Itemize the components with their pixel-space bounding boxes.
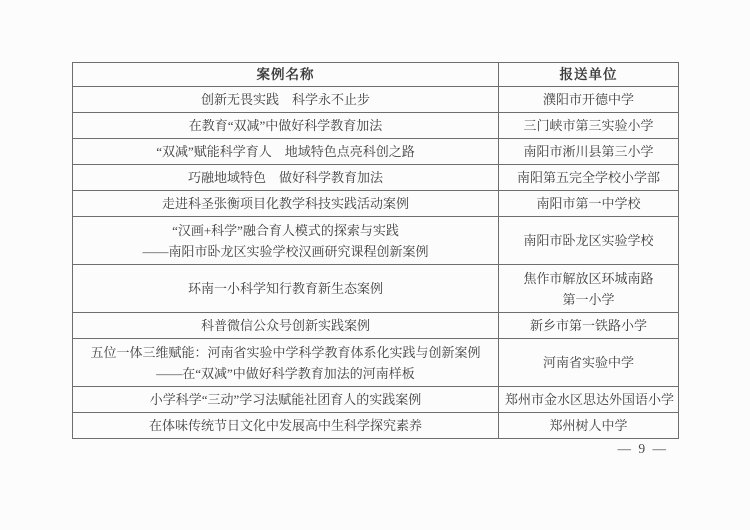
header-case-name: 案例名称 (73, 63, 499, 87)
table-row: 走进科圣张衡项目化教学科技实践活动案例南阳市第一中学校 (73, 191, 679, 217)
cell-line: 南阳市淅川县第三小学 (505, 141, 672, 162)
cell-line: 在教育“双减”中做好科学教育加法 (79, 115, 492, 136)
cell-line: 河南省实验中学 (505, 352, 672, 373)
table-row: 环南一小科学知行教育新生态案例焦作市解放区环城南路第一小学 (73, 265, 679, 313)
case-name-cell: 科普微信公众号创新实践案例 (73, 313, 499, 339)
case-name-cell: 巧融地域特色 做好科学教育加法 (73, 165, 499, 191)
case-name-cell: 在体味传统节日文化中发展高中生科学探究素养 (73, 413, 499, 439)
table-row: 在体味传统节日文化中发展高中生科学探究素养郑州树人中学 (73, 413, 679, 439)
report-unit-cell: 河南省实验中学 (499, 339, 679, 387)
report-unit-cell: 濮阳市开德中学 (499, 87, 679, 113)
cell-line: 郑州树人中学 (505, 415, 672, 436)
page-number: — 9 — (618, 441, 669, 457)
cell-line: 焦作市解放区环城南路 (505, 268, 672, 289)
cell-line: 在体味传统节日文化中发展高中生科学探究素养 (79, 415, 492, 436)
case-name-cell: “双减”赋能科学育人 地域特色点亮科创之路 (73, 139, 499, 165)
cell-line: 濮阳市开德中学 (505, 89, 672, 110)
cell-line: 小学科学“三动”学习法赋能社团育人的实践案例 (79, 389, 492, 410)
cell-line: 郑州市金水区思达外国语小学 (505, 389, 672, 410)
cell-line: ——南阳市卧龙区实验学校汉画研究课程创新案例 (79, 241, 492, 262)
report-unit-cell: 焦作市解放区环城南路第一小学 (499, 265, 679, 313)
cell-line: 三门峡市第三实验小学 (505, 115, 672, 136)
cell-line: 环南一小科学知行教育新生态案例 (79, 278, 492, 299)
table-row: “双减”赋能科学育人 地域特色点亮科创之路南阳市淅川县第三小学 (73, 139, 679, 165)
cell-line: 五位一体三维赋能：河南省实验中学科学教育体系化实践与创新案例 (79, 342, 492, 363)
cell-line: 南阳第五完全学校小学部 (505, 167, 672, 188)
cell-line: 科普微信公众号创新实践案例 (79, 315, 492, 336)
report-unit-cell: 南阳市卧龙区实验学校 (499, 217, 679, 265)
report-unit-cell: 郑州市金水区思达外国语小学 (499, 387, 679, 413)
table-body: 创新无畏实践 科学永不止步濮阳市开德中学在教育“双减”中做好科学教育加法三门峡市… (73, 87, 679, 439)
report-unit-cell: 郑州树人中学 (499, 413, 679, 439)
table-row: 五位一体三维赋能：河南省实验中学科学教育体系化实践与创新案例——在“双减”中做好… (73, 339, 679, 387)
table-row: “汉画+科学”融合育人模式的探索与实践——南阳市卧龙区实验学校汉画研究课程创新案… (73, 217, 679, 265)
report-unit-cell: 南阳第五完全学校小学部 (499, 165, 679, 191)
cell-line: 走进科圣张衡项目化教学科技实践活动案例 (79, 193, 492, 214)
case-name-cell: 在教育“双减”中做好科学教育加法 (73, 113, 499, 139)
table-row: 小学科学“三动”学习法赋能社团育人的实践案例郑州市金水区思达外国语小学 (73, 387, 679, 413)
cell-line: 新乡市第一铁路小学 (505, 315, 672, 336)
case-name-cell: 小学科学“三动”学习法赋能社团育人的实践案例 (73, 387, 499, 413)
report-unit-cell: 新乡市第一铁路小学 (499, 313, 679, 339)
report-unit-cell: 三门峡市第三实验小学 (499, 113, 679, 139)
cell-line: 南阳市第一中学校 (505, 193, 672, 214)
table-row: 在教育“双减”中做好科学教育加法三门峡市第三实验小学 (73, 113, 679, 139)
cell-line: 创新无畏实践 科学永不止步 (79, 89, 492, 110)
case-name-cell: 创新无畏实践 科学永不止步 (73, 87, 499, 113)
table-header-row: 案例名称 报送单位 (73, 63, 679, 87)
cell-line: 南阳市卧龙区实验学校 (505, 230, 672, 251)
header-report-unit: 报送单位 (499, 63, 679, 87)
case-name-cell: 环南一小科学知行教育新生态案例 (73, 265, 499, 313)
case-report-table: 案例名称 报送单位 创新无畏实践 科学永不止步濮阳市开德中学在教育“双减”中做好… (72, 62, 679, 439)
cell-line: ——在“双减”中做好科学教育加法的河南样板 (79, 363, 492, 384)
cell-line: “汉画+科学”融合育人模式的探索与实践 (79, 220, 492, 241)
case-name-cell: 走进科圣张衡项目化教学科技实践活动案例 (73, 191, 499, 217)
table-row: 巧融地域特色 做好科学教育加法南阳第五完全学校小学部 (73, 165, 679, 191)
table-row: 科普微信公众号创新实践案例新乡市第一铁路小学 (73, 313, 679, 339)
cell-line: “双减”赋能科学育人 地域特色点亮科创之路 (79, 141, 492, 162)
table-row: 创新无畏实践 科学永不止步濮阳市开德中学 (73, 87, 679, 113)
case-name-cell: 五位一体三维赋能：河南省实验中学科学教育体系化实践与创新案例——在“双减”中做好… (73, 339, 499, 387)
case-name-cell: “汉画+科学”融合育人模式的探索与实践——南阳市卧龙区实验学校汉画研究课程创新案… (73, 217, 499, 265)
report-unit-cell: 南阳市淅川县第三小学 (499, 139, 679, 165)
cell-line: 第一小学 (505, 289, 672, 310)
report-unit-cell: 南阳市第一中学校 (499, 191, 679, 217)
cell-line: 巧融地域特色 做好科学教育加法 (79, 167, 492, 188)
